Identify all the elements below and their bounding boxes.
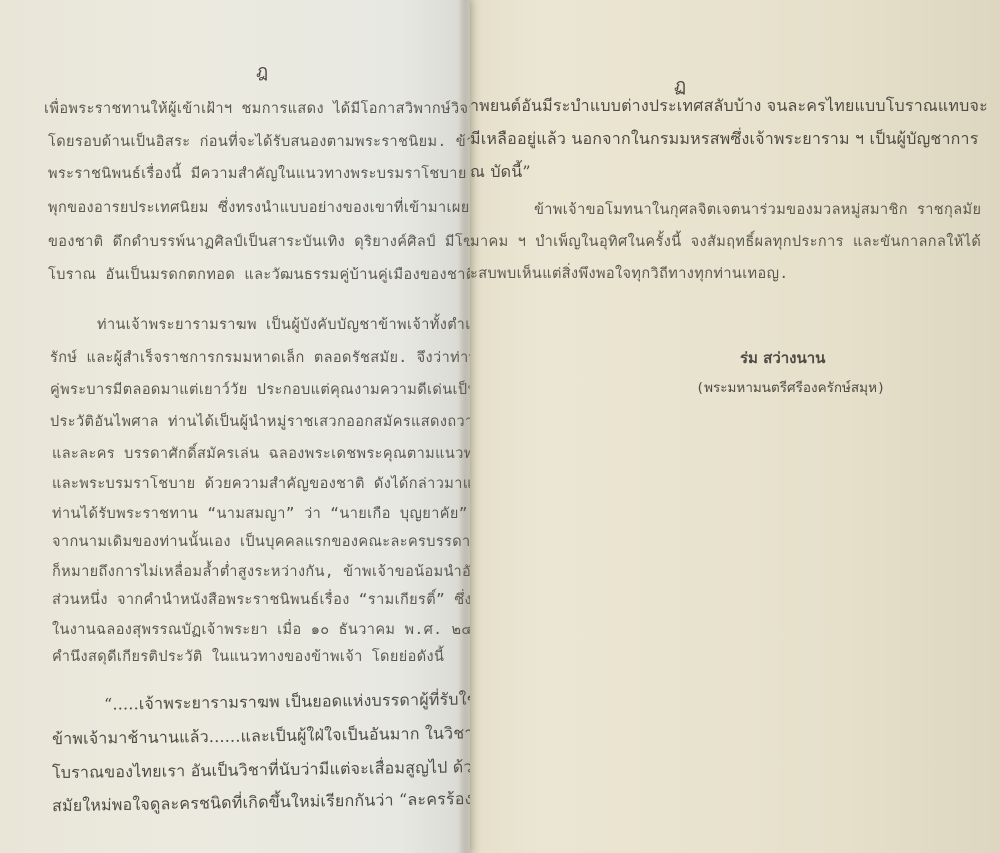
body-line: ของชาติ ดึกดำบรรพ์นาฏศิลป์เป็นสาระบันเทิ… xyxy=(48,230,470,253)
body-line: ในงานฉลองสุพรรณบัฏเจ้าพระยา เมื่อ ๑๐ ธัน… xyxy=(52,618,470,641)
quote-line: โบราณของไทยเรา อันเป็นวิชาที่นับว่ามีแต่… xyxy=(52,755,470,786)
quote-line: “.....เจ้าพระยารามราฆพ เป็นยอดแห่งบรรดาผ… xyxy=(104,687,470,717)
signature-name: ร่ม สว่างนาน xyxy=(740,346,825,370)
body-line: ท่านเจ้าพระยารามราฆพ เป็นผู้บังคับบัญชาข… xyxy=(97,313,470,336)
body-line: ส่วนหนึ่ง จากคำนำหนังสือพระราชนิพนธ์เรื่… xyxy=(52,588,470,611)
quote-line: สมัยใหม่พอใจดูละครชนิดที่เกิดขึ้นใหม่เรี… xyxy=(52,786,470,819)
body-line: จากนามเดิมของท่านนั้นเอง เป็นบุคคลแรกของ… xyxy=(52,530,470,553)
body-line: าพยนต์อันมีระบำแบบต่างประเทศสลับบ้าง จนล… xyxy=(470,94,988,119)
body-line: โดยรอบด้านเป็นอิสระ ก่อนที่จะได้รับสนองต… xyxy=(48,130,470,153)
body-line: รักษ์ และผู้สำเร็จราชการกรมมหาดเล็ก ตลอด… xyxy=(50,346,470,369)
body-line: และละคร บรรดาศักดิ์สมัครเล่น ฉลองพระเดชพ… xyxy=(52,442,470,465)
body-line: ท่านได้รับพระราชทาน “นามสมญา” ว่า “นายเก… xyxy=(52,502,470,525)
body-line: ะสบพบเห็นแต่สิ่งพึงพอใจทุกวิถีทางทุกท่าน… xyxy=(470,262,789,285)
body-line: ก็หมายถึงการไม่เหลื่อมล้ำต่ำสูงระหว่างกั… xyxy=(52,560,470,583)
body-line: และพระบรมราโชบาย ด้วยความสำคัญของชาติ ดั… xyxy=(52,472,470,495)
body-line: เพื่อพระราชทานให้ผู้เข้าเฝ้าฯ ชมการแสดง … xyxy=(44,97,470,120)
body-line: คู่พระบารมีตลอดมาแต่เยาว์วัย ประกอบแต่คุ… xyxy=(50,378,470,401)
body-line: ประวัติอันไพศาล ท่านได้เป็นผู้นำหมู่ราชเ… xyxy=(50,410,470,433)
body-line: ณ บัดนี้” xyxy=(470,160,531,185)
body-line: มาคม ฯ บำเพ็ญในอุทิศในครั้งนี้ จงสัมฤทธิ… xyxy=(470,230,981,253)
gutter-shadow xyxy=(458,0,472,853)
right-page: ฏ าพยนต์อันมีระบำแบบต่างประเทศสลับบ้าง จ… xyxy=(462,0,1000,853)
body-line: พุกของอารยประเทศนิยม ซึ่งทรงนำแบบอย่างขอ… xyxy=(48,196,470,219)
body-line: คำนึงสดุดีเกียรติประวัติ ในแนวทางของข้าพ… xyxy=(52,645,444,668)
body-line: โบราณ อันเป็นมรดกตกทอด และวัฒนธรรมคู่บ้า… xyxy=(48,263,470,286)
page-number: ฎ xyxy=(256,56,268,85)
body-line: มีเหลืออยู่แล้ว นอกจากในกรมมหรสพซึ่งเจ้า… xyxy=(470,127,979,152)
body-line: ข้าพเจ้าขอโมทนาในกุศลจิตเจตนาร่วมของมวลห… xyxy=(534,198,981,221)
signature-title: (พระมหามนตรีศรีองครักษ์สมุห) xyxy=(696,376,885,398)
book-spread: ฎ เพื่อพระราชทานให้ผู้เข้าเฝ้าฯ ชมการแสด… xyxy=(0,0,1000,853)
body-line: พระราชนิพนธ์เรื่องนี้ มีความสำคัญในแนวทา… xyxy=(48,162,470,185)
quote-line: ข้าพเจ้ามาช้านานแล้ว......และเป็นผู้ใฝ่ใ… xyxy=(52,721,470,752)
left-page: ฎ เพื่อพระราชทานให้ผู้เข้าเฝ้าฯ ชมการแสด… xyxy=(0,0,470,853)
